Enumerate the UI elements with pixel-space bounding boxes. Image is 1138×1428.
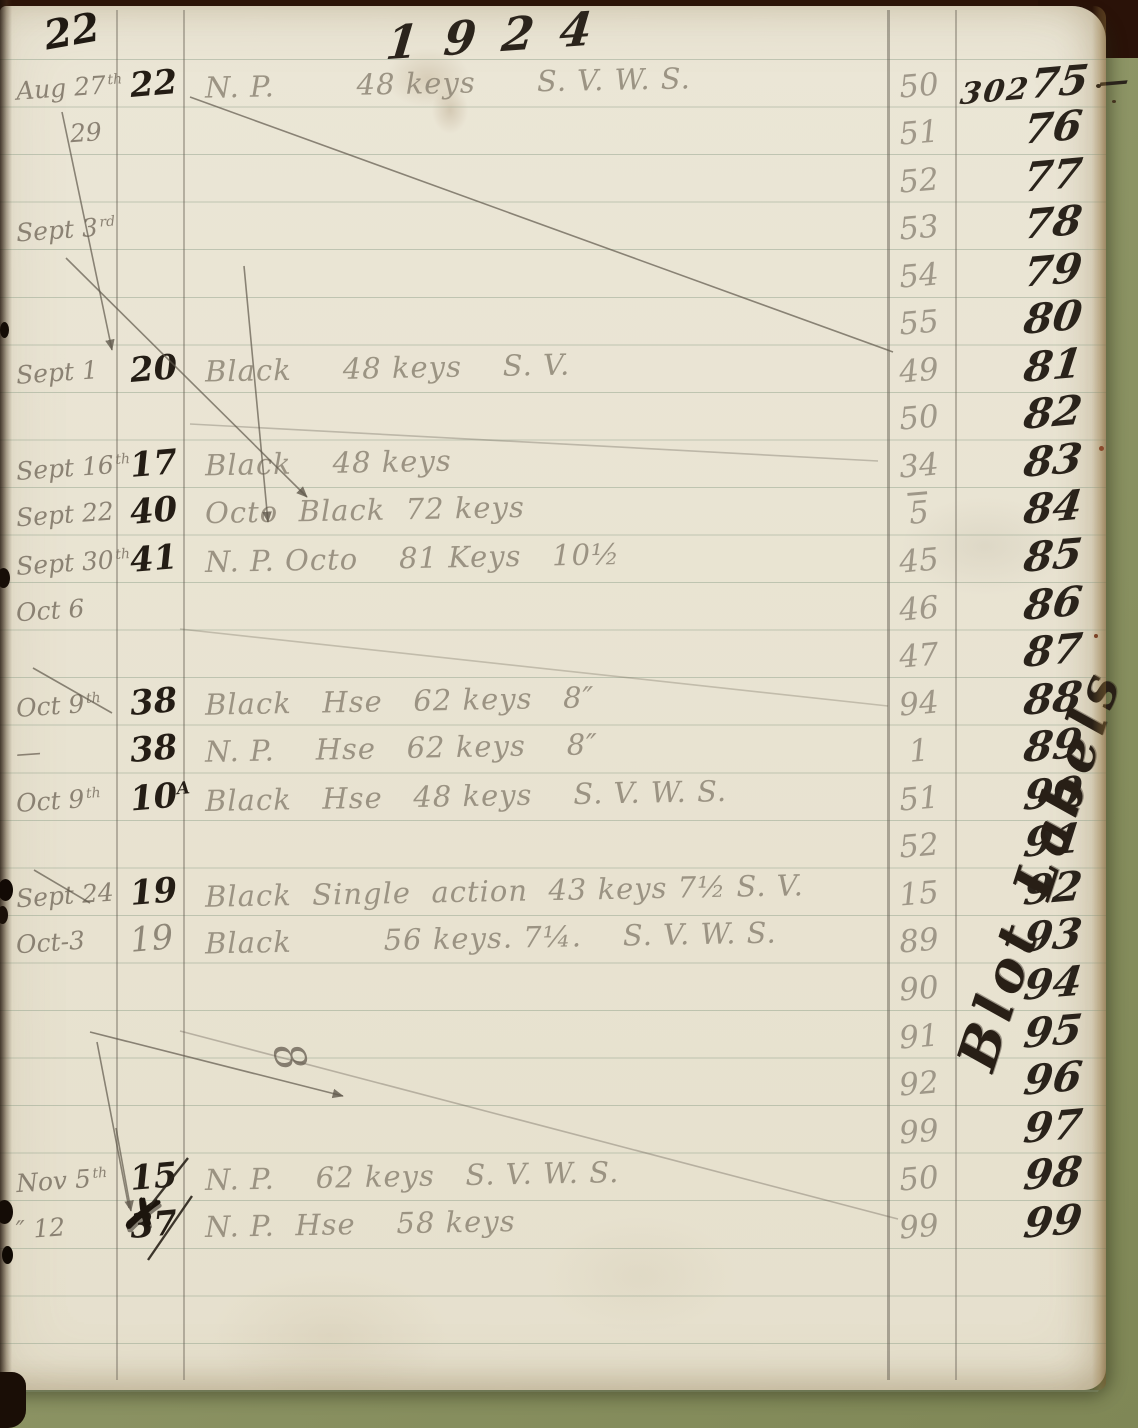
ledger-row: 47 87 <box>0 637 1110 684</box>
date-text: Sept 1 <box>15 355 99 390</box>
date-text: Oct-3 <box>15 926 86 960</box>
ledger-row: — 38 N. P. Hse 62 keys 8″ 1 89 <box>0 732 1110 779</box>
stock-number-cell: 1 <box>885 733 953 770</box>
stock-number-cell: 54 <box>885 258 953 295</box>
quantity-text: 10 <box>128 775 179 819</box>
ledger-row: 52 91 <box>0 827 1110 874</box>
date-text: Sept 22 <box>15 497 115 533</box>
stock-number-cell: 51 <box>885 115 953 152</box>
stock-number-cell: 51 <box>885 781 953 818</box>
date-text: Oct 9 <box>15 689 85 723</box>
date-text: ″ 12 <box>15 1212 66 1244</box>
date-cell: Sept 16th <box>15 451 131 484</box>
date-ordinal-sup: th <box>85 689 101 706</box>
ledger-row: Sept 30th 41 N. P. Octo 81 Keys 10½ 45 8… <box>0 542 1110 589</box>
description-cell: N. P. 48 keys S. V. W. S. <box>205 64 691 102</box>
ledger-page: 1924 22 Aug 27th 22 N. P. 48 keys S. V. … <box>0 6 1106 1390</box>
paper-speck <box>1099 446 1104 451</box>
ledger-row: Sept 1 20 Black 48 keys S. V. 49 81 <box>0 352 1110 399</box>
ledger-row: Oct 6 46 86 <box>0 590 1110 637</box>
date-cell: Oct-3 <box>15 928 85 958</box>
stock-number-cell: 52 <box>885 163 953 200</box>
quantity-text: 38 <box>128 727 179 771</box>
quantity-text: 19 <box>128 870 179 914</box>
quantity-cell: 19 <box>129 873 179 911</box>
ledger-row: 50 82 <box>0 399 1110 446</box>
stock-number-cell: 92 <box>885 1066 953 1103</box>
ledger-row: Sept 3rd 53 78 <box>0 209 1110 256</box>
stock-number-cell: 46 <box>885 591 953 628</box>
date-text: Oct 6 <box>15 593 85 627</box>
date-cell: 29 <box>15 119 102 150</box>
quantity-cell: 20 <box>129 350 179 388</box>
date-text: — <box>15 737 42 768</box>
ledger-row: 54 79 <box>0 257 1110 304</box>
quantity-cell: 40 <box>129 492 179 530</box>
stock-number-cell: 50 <box>885 1161 953 1198</box>
quantity-text: 22 <box>128 62 179 106</box>
date-ordinal-sup: rd <box>99 213 116 230</box>
stock-number-cell: 99 <box>885 1209 953 1246</box>
stock-number-cell: 52 <box>885 828 953 865</box>
date-text: 29 <box>69 117 103 148</box>
serial-value: 83 <box>1021 434 1085 487</box>
date-cell: Sept 30th <box>15 546 131 579</box>
stock-number-cell: 49 <box>885 353 953 390</box>
stock-number-cell: 89 <box>885 924 953 961</box>
ledger-row: 52 77 <box>0 162 1110 209</box>
paper-speck <box>1096 84 1101 88</box>
date-text: Aug 27 <box>15 70 107 105</box>
serial-value: 95 <box>1021 1004 1085 1057</box>
serial-prefix: 302 <box>958 71 1032 112</box>
quantity-text: 17 <box>128 442 179 486</box>
description-cell: N. P. Octo 81 Keys 10½ <box>205 540 621 577</box>
serial-flourish-dash: — <box>1086 62 1131 100</box>
ledger-row: Oct-3 19 Black 56 keys. 7¼. S. V. W. S. … <box>0 922 1110 969</box>
quantity-cell: 22 <box>129 65 179 103</box>
date-ordinal-sup: th <box>92 1165 108 1182</box>
quantity-text: 20 <box>128 347 179 391</box>
date-ordinal-sup: th <box>107 70 123 87</box>
stock-number-cell: 91 <box>885 1019 953 1056</box>
quantity-cell: 41 <box>129 540 179 578</box>
description-cell: Black 48 keys S. V. <box>205 350 571 386</box>
date-text: Nov 5 <box>15 1164 92 1198</box>
binding-ink-blots <box>0 322 9 338</box>
date-text: Oct 9 <box>15 784 85 818</box>
serial-number-cell: 84 <box>959 485 1085 536</box>
stock-number-cell: 47 <box>885 638 953 675</box>
quantity-sup: A <box>176 778 191 799</box>
serial-value: 96 <box>1021 1052 1085 1105</box>
description-cell: Black 48 keys <box>205 447 452 481</box>
ledger-row: Sept 22 40 Octo Black 72 keys 5 84 <box>0 494 1110 541</box>
description-cell: N. P. Hse 58 keys <box>205 1207 516 1242</box>
stock-number-cell: 50 <box>885 401 953 438</box>
serial-value: 81 <box>1021 339 1085 392</box>
date-cell: Sept 1 <box>15 357 98 388</box>
date-text: Sept 16 <box>15 450 115 486</box>
quantity-cell: 38 <box>129 730 179 768</box>
date-cell: Oct 9th <box>15 690 102 721</box>
description-cell: Black Single action 43 keys 7½ S. V. <box>205 871 804 911</box>
date-text: Sept 30 <box>15 545 115 581</box>
ledger-row: Oct 9th 38 Black Hse 62 keys 8″ 94 88 <box>0 685 1110 732</box>
ledger-row: 92 96 <box>0 1065 1110 1112</box>
ledger-row: 29 51 76 <box>0 114 1110 161</box>
serial-value: 84 <box>1021 481 1085 534</box>
description-cell: N. P. Hse 62 keys 8″ <box>205 730 598 767</box>
ledger-row: Sept 24 19 Black Single action 43 keys 7… <box>0 875 1110 922</box>
paper-speck <box>1094 634 1098 638</box>
binding-corner-blot <box>0 1372 26 1428</box>
date-cell: Sept 22 <box>15 499 114 531</box>
serial-value: 86 <box>1021 576 1085 629</box>
ledger-scan: 1924 22 Aug 27th 22 N. P. 48 keys S. V. … <box>0 0 1138 1428</box>
date-cell: — <box>15 739 42 766</box>
quantity-cell: 38 <box>129 683 179 721</box>
serial-number-cell: 30275 — <box>958 55 1132 110</box>
serial-value: 77 <box>1021 148 1085 201</box>
ledger-row: Aug 27th 22 N. P. 48 keys S. V. W. S. 50… <box>0 67 1110 114</box>
stock-number-cell: 99 <box>885 1114 953 1151</box>
ledger-row: Oct 9th 10A Black Hse 48 keys S. V. W. S… <box>0 780 1110 827</box>
quantity-text: 41 <box>128 537 179 581</box>
ledger-row: ″ 12 37 N. P. Hse 58 keys 99 99 <box>0 1208 1110 1255</box>
ledger-row: 99 97 <box>0 1113 1110 1160</box>
date-cell: Sept 24 <box>15 879 114 911</box>
quantity-cell: 10A <box>129 777 192 816</box>
stock-number-cell: 45 <box>885 543 953 580</box>
stock-number-cell: 50 <box>885 68 953 105</box>
serial-value: 82 <box>1021 386 1085 439</box>
quantity-cell: 19 <box>129 921 175 959</box>
description-cell: Octo Black 72 keys <box>205 493 525 528</box>
serial-value: 76 <box>1021 101 1085 154</box>
description-cell: N. P. 62 keys S. V. W. S. <box>205 1158 620 1195</box>
date-cell: Sept 3rd <box>15 214 116 246</box>
description-cell: Black Hse 62 keys 8″ <box>205 683 595 719</box>
quantity-text: 40 <box>128 489 179 533</box>
date-text: Sept 3 <box>15 213 99 248</box>
serial-value: 79 <box>1021 244 1085 297</box>
date-cell: Oct 9th <box>15 785 102 816</box>
stock-number-cell: 55 <box>885 305 953 342</box>
torn-binding-edge <box>0 0 12 1428</box>
date-cell: ″ 12 <box>15 1214 66 1242</box>
stock-number-cell: 53 <box>885 210 953 247</box>
serial-value: 78 <box>1021 196 1085 249</box>
paper-speck <box>1112 100 1116 103</box>
ledger-row: Sept 16th 17 Black 48 keys 34 83 <box>0 447 1110 494</box>
serial-value: 99 <box>1021 1195 1085 1248</box>
ledger-rows: Aug 27th 22 N. P. 48 keys S. V. W. S. 50… <box>0 6 1106 1390</box>
stock-number-cell: 90 <box>885 971 953 1008</box>
serial-value: 75 <box>1027 55 1091 108</box>
quantity-text: 38 <box>128 680 179 724</box>
ledger-row: 55 80 <box>0 304 1110 351</box>
serial-value: 98 <box>1021 1147 1085 1200</box>
description-cell: Black Hse 48 keys S. V. W. S. <box>205 777 728 816</box>
serial-value: 80 <box>1021 291 1085 344</box>
date-cell: Oct 6 <box>15 595 85 625</box>
stock-number-cell: 15 <box>885 876 953 913</box>
quantity-cell: 17 <box>129 445 179 483</box>
quantity-text: 19 <box>128 918 175 962</box>
date-ordinal-sup: th <box>85 784 101 801</box>
serial-value: 97 <box>1021 1099 1085 1152</box>
date-cell: Nov 5th <box>15 1165 108 1196</box>
date-text: Sept 24 <box>15 877 115 913</box>
serial-value: 85 <box>1021 529 1085 582</box>
ledger-row: 90 94 <box>0 970 1110 1017</box>
description-cell: Black 56 keys. 7¼. S. V. W. S. <box>205 919 777 959</box>
stock-number-cell: 5 <box>885 496 953 533</box>
date-cell: Aug 27th <box>15 71 123 103</box>
stock-number-cell: 94 <box>885 686 953 723</box>
stock-number-cell: 34 <box>885 448 953 485</box>
